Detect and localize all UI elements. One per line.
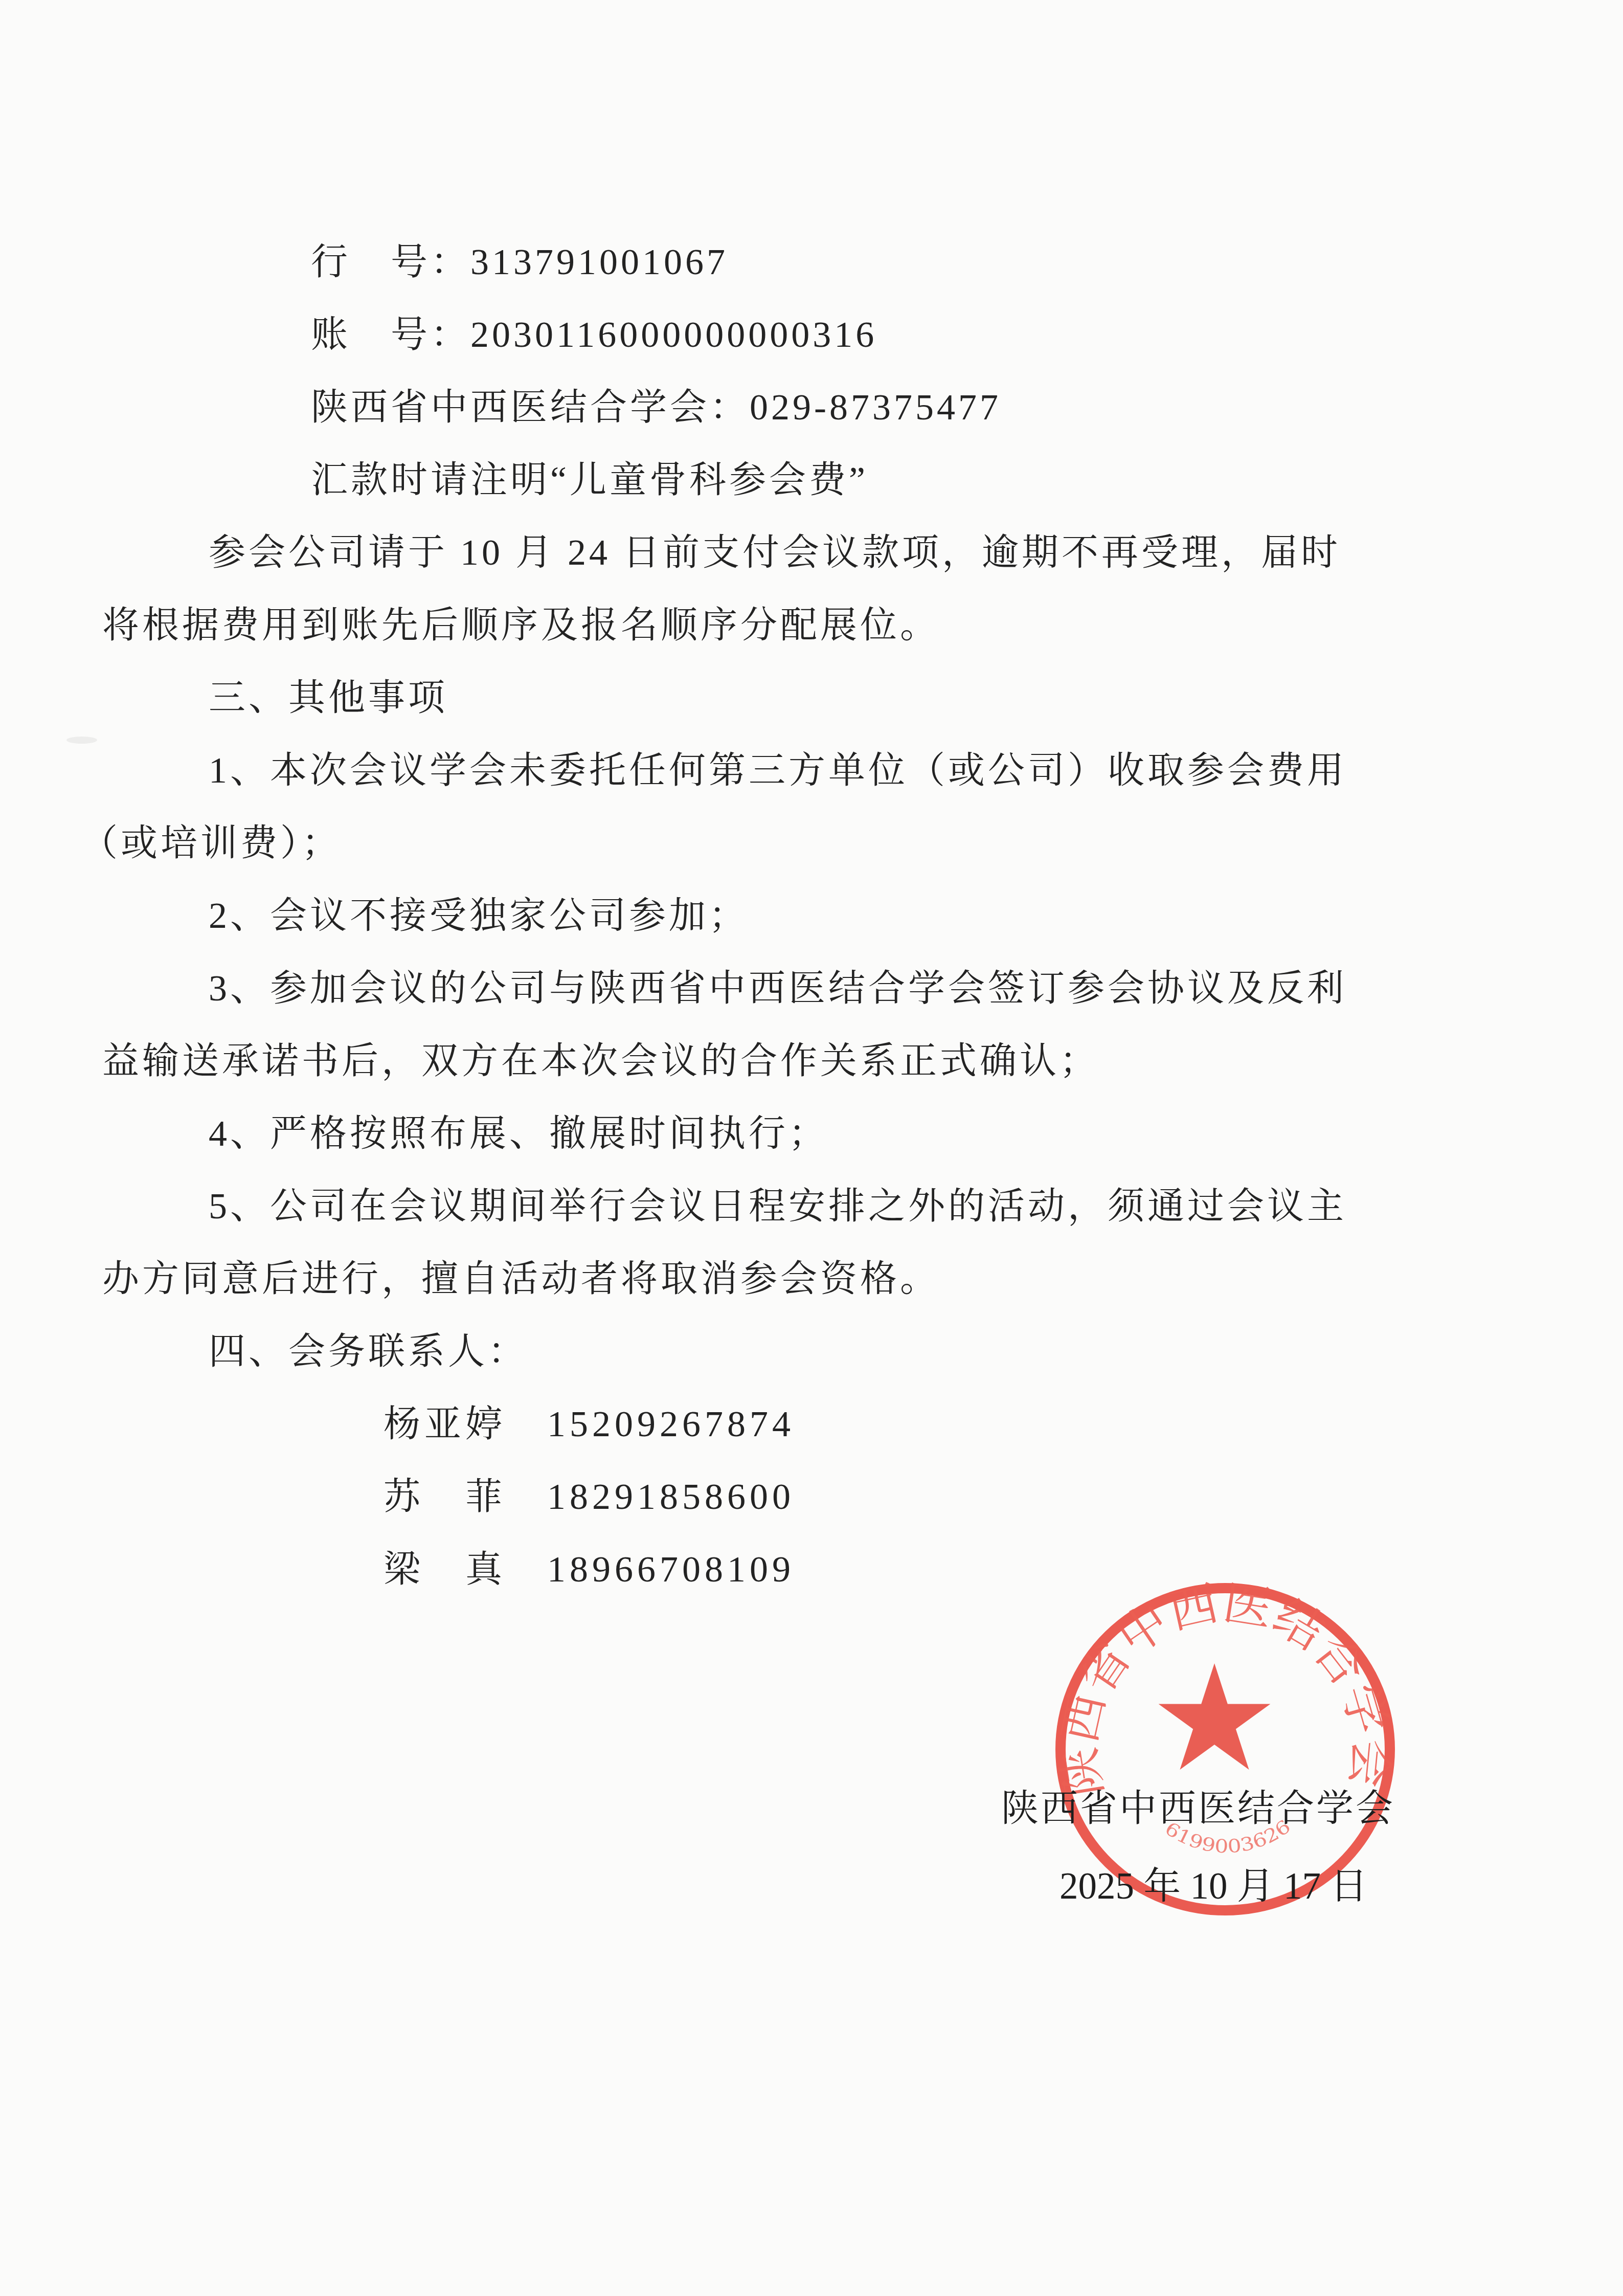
seal-star-icon — [1159, 1663, 1271, 1770]
text-line: 5、公司在会议期间举行会议日程安排之外的活动，须通过会议主 — [209, 1186, 1347, 1227]
text-line: 2、会议不接受独家公司参加； — [209, 895, 749, 936]
seal-arc-text: 陕西省中西医结合学会 — [1053, 1580, 1397, 1800]
text-line: （或培训费）； — [81, 822, 342, 863]
text-line: 三、其他事项 — [209, 677, 448, 718]
text-line: 汇款时请注明“儿童骨科参会费” — [311, 459, 868, 500]
text-line: 1、本次会议学会未委托任何第三方单位（或公司）收取参会费用 — [209, 750, 1347, 791]
text-line: 将根据费用到账先后顺序及报名顺序分配展位。 — [102, 605, 940, 645]
text-line: 陕西省中西医结合学会：029-87375477 — [311, 387, 1001, 428]
text-line: 四、会务联系人： — [209, 1331, 528, 1372]
text-line: 益输送承诺书后，双方在本次会议的合作关系正式确认； — [102, 1040, 1099, 1081]
text-line: 苏 菲 18291858600 — [384, 1476, 795, 1517]
text-line: 4、严格按照布展、撤展时间执行； — [209, 1113, 828, 1154]
seal-arc-text-wrap: 陕西省中西医结合学会 — [1053, 1580, 1397, 1800]
text-line: 参会公司请于 10 月 24 日前支付会议款项，逾期不再受理，届时 — [209, 532, 1341, 573]
text-line: 办方同意后进行，擅自活动者将取消参会资格。 — [102, 1258, 940, 1299]
signature-date: 2025 年 10 月 17 日 — [1060, 1856, 1367, 1909]
text-line: 3、参加会议的公司与陕西省中西医结合学会签订参会协议及反利 — [209, 968, 1347, 1009]
signature-org-name: 陕西省中西医结合学会 — [1001, 1778, 1395, 1832]
text-line: 杨亚婷 15209267874 — [384, 1403, 795, 1444]
text-line: 行 号：313791001067 — [311, 241, 728, 282]
text-line: 梁 真 18966708109 — [384, 1549, 795, 1590]
scan-smudge — [66, 737, 97, 744]
scanned-document-page: 行 号：313791001067账 号：2030116000000000316陕… — [0, 0, 1623, 2296]
text-line: 账 号：2030116000000000316 — [311, 314, 877, 355]
